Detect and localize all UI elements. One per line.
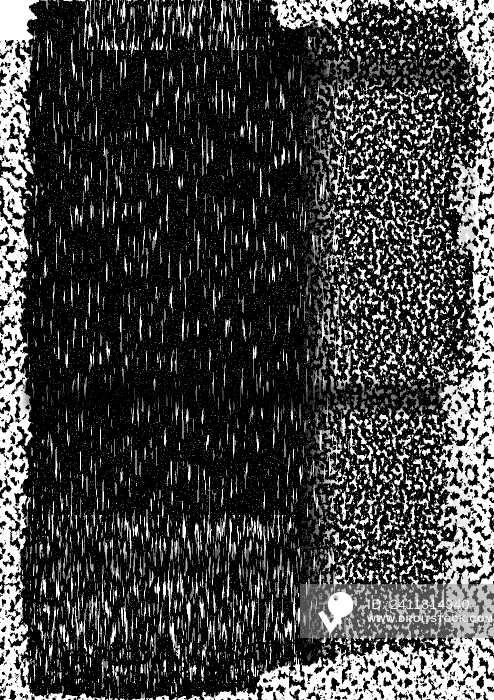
watermark-bar: ID: 2411814940 WWW.DROITSTOCK.COM	[300, 584, 494, 638]
grunge-texture-image: ID: 2411814940 WWW.DROITSTOCK.COM	[0, 0, 494, 700]
watermark-site-url: WWW.DROITSTOCK.COM	[367, 615, 493, 626]
watermark-text-block: ID: 2411814940 WWW.DROITSTOCK.COM	[367, 596, 493, 625]
droitstock-chameleon-logo-icon	[316, 588, 356, 634]
watermark-id: ID: 2411814940	[367, 596, 493, 612]
